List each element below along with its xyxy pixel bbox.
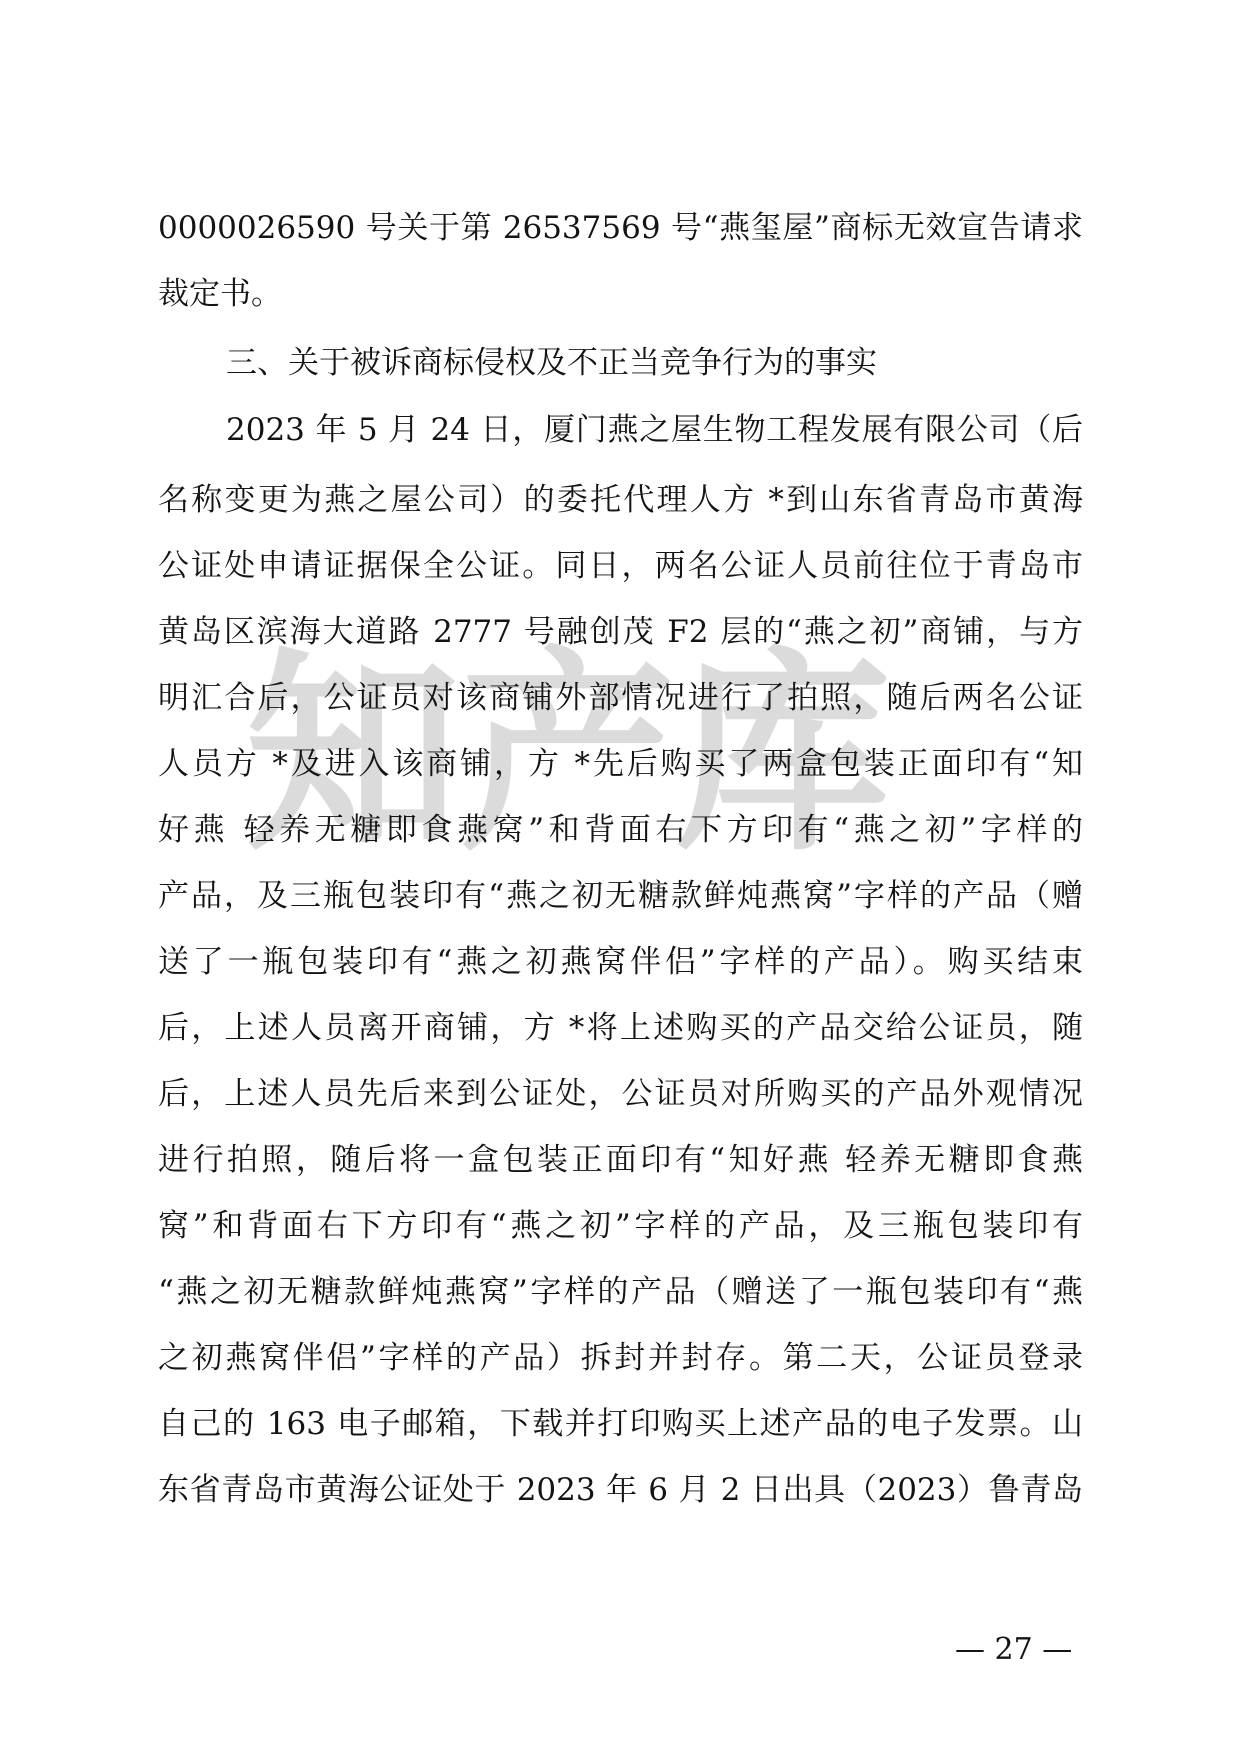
body-line: 裁定书。: [158, 274, 1083, 314]
body-line: 窝”和背面右下方印有“燕之初”字样的产品，及三瓶包装印有: [158, 1206, 1083, 1246]
body-line: 东省青岛市黄海公证处于 2023 年 6 月 2 日出具（2023）鲁青岛: [158, 1470, 1083, 1510]
document-page: 知产库 0000026590 号关于第 26537569 号“燕玺屋”商标无效宣…: [0, 0, 1240, 1753]
body-line: 后，上述人员离开商铺，方 *将上述购买的产品交给公证员，随: [158, 1008, 1083, 1048]
body-line: 名称变更为燕之屋公司）的委托代理人方 *到山东省青岛市黄海: [158, 480, 1083, 520]
body-line: 后，上述人员先后来到公证处，公证员对所购买的产品外观情况: [158, 1074, 1083, 1114]
paragraph-first-line: 2023 年 5 月 24 日，厦门燕之屋生物工程发展有限公司（后: [226, 410, 1083, 450]
body-line: 自己的 163 电子邮箱，下载并打印购买上述产品的电子发票。山: [158, 1404, 1083, 1444]
body-line: 明汇合后，公证员对该商铺外部情况进行了拍照，随后两名公证: [158, 678, 1083, 718]
body-line: 之初燕窝伴侣”字样的产品）拆封并封存。第二天，公证员登录: [158, 1338, 1083, 1378]
body-line: 好燕 轻养无糖即食燕窝”和背面右下方印有“燕之初”字样的: [158, 810, 1083, 850]
body-line: 黄岛区滨海大道路 2777 号融创茂 F2 层的“燕之初”商铺，与方: [158, 612, 1083, 652]
body-line: 公证处申请证据保全公证。同日，两名公证人员前往位于青岛市: [158, 546, 1083, 586]
body-line: 产品，及三瓶包装印有“燕之初无糖款鲜炖燕窝”字样的产品（赠: [158, 876, 1083, 916]
page-number: — 27 —: [955, 1632, 1072, 1668]
body-line: 送了一瓶包装印有“燕之初燕窝伴侣”字样的产品）。购买结束: [158, 942, 1083, 982]
body-line: 0000026590 号关于第 26537569 号“燕玺屋”商标无效宣告请求: [158, 208, 1083, 248]
body-line: “燕之初无糖款鲜炖燕窝”字样的产品（赠送了一瓶包装印有“燕: [158, 1272, 1083, 1312]
section-heading: 三、关于被诉商标侵权及不正当竞争行为的事实: [226, 343, 877, 383]
body-line: 进行拍照，随后将一盒包装正面印有“知好燕 轻养无糖即食燕: [158, 1140, 1083, 1180]
body-line: 人员方 *及进入该商铺，方 *先后购买了两盒包装正面印有“知: [158, 744, 1083, 784]
